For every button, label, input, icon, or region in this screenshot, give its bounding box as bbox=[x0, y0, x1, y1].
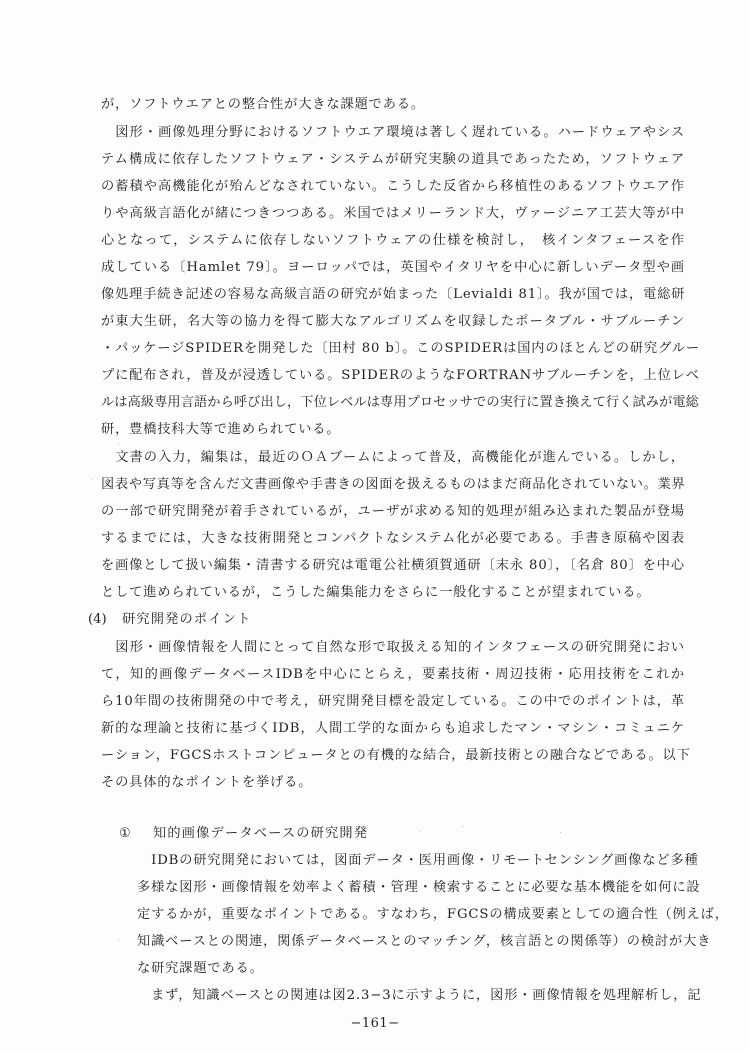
text-line: ら10年間の技術開発の中で考え，研究開発目標を設定している。この中でのポイントは… bbox=[101, 694, 685, 710]
document-page: が，ソフトウエアとの整合性が大きな課題である。 図形・画像処理分野におけるソフト… bbox=[0, 0, 750, 1054]
subsection-number: ① bbox=[119, 826, 153, 842]
text-line: 多様な図形・画像情報を効率よく蓄積・管理・検索することに必要な基本機能を如何に設 bbox=[137, 880, 685, 896]
text-line: 研，豊橋技科大等で進められている。 bbox=[101, 422, 341, 438]
text-line: 知識ベースとの関連，関係データベースとのマッチング，核言語との関係等）の検討が大… bbox=[137, 934, 685, 950]
text-line: テム構成に依存したソフトウェア・システムが研究実験の道具であったため，ソフトウェ… bbox=[101, 152, 685, 168]
text-line: ルは高級専用言語から呼び出し，下位レベルは専用プロセッサでの実行に置き換えて行く… bbox=[101, 395, 685, 411]
section-title: 研究開発のポイント bbox=[122, 612, 252, 627]
text-line: ーション，FGCSホストコンピュータとの有機的な結合，最新技術との融合などである… bbox=[101, 748, 685, 764]
section-heading: (4)研究開発のポイント bbox=[88, 612, 252, 628]
text-line: が，ソフトウエアとの整合性が大きな課題である。 bbox=[101, 97, 425, 113]
section-number: (4) bbox=[88, 612, 122, 628]
text-line: ・パッケージSPIDERを開発した〔田村 80 b〕。このSPIDERは国内のほ… bbox=[101, 341, 685, 357]
text-line: 定するかが，重要なポイントである。すなわち，FGCSの構成要素としての適合性（例… bbox=[137, 907, 685, 923]
scan-speck bbox=[462, 826, 463, 827]
text-line: りや高級言語化が緒につきつつある。米国ではメリーランド大，ヴァージニア工芸大等が… bbox=[101, 206, 685, 222]
text-line: の蓄積や高機能化が殆んどなされていない。こうした反省から移植性のあるソフトウエア… bbox=[101, 179, 685, 195]
scan-speck bbox=[118, 443, 119, 444]
text-line: 成している〔Hamlet 79〕。ヨーロッパでは，英国やイタリヤを中心に新しいデ… bbox=[101, 260, 685, 276]
page-number: −161− bbox=[0, 1016, 750, 1031]
subsection-heading: ①知的画像データベースの研究開発 bbox=[119, 826, 368, 842]
text-line: の一部で研究開発が着手されているが，ユーザが求める知的処理が組み込まれた製品が登… bbox=[101, 504, 685, 520]
text-line: 図形・画像情報を人間にとって自然な形で取扱える知的インタフェースの研究開発におい bbox=[101, 640, 685, 656]
text-line: として進められているが，こうした編集能力をさらに一般化することが望まれている。 bbox=[101, 585, 650, 601]
scan-speck bbox=[420, 830, 421, 831]
text-line: プに配布され，普及が浸透している。SPIDERのようなFORTRANサブルーチン… bbox=[101, 368, 685, 384]
text-line: 図表や写真等を含んだ文書画像や手書きの図面を扱えるものはまだ商品化されていない。… bbox=[101, 477, 685, 493]
scan-speck bbox=[560, 832, 561, 833]
text-line: 像処理手続き記述の容易な高級言語の研究が始まった〔Levialdi 81〕。我が… bbox=[101, 287, 685, 303]
subsection-title: 知的画像データベースの研究開発 bbox=[153, 826, 368, 841]
scan-speck bbox=[92, 478, 93, 479]
text-line: な研究課題である。 bbox=[137, 961, 264, 977]
text-line: 新的な理論と技術に基づくIDB，人間工学的な面からも追求したマン・マシン・コミュ… bbox=[101, 721, 685, 737]
text-line: て，知的画像データベースIDBを中心にとらえ，要素技術・周辺技術・応用技術をこれ… bbox=[101, 667, 685, 683]
text-line: 図形・画像処理分野におけるソフトウエア環境は著しく遅れている。ハードウェアやシス bbox=[101, 125, 685, 141]
text-line: 文書の入力，編集は，最近のＯＡブームによって普及，高機能化が進んでいる。しかし， bbox=[101, 450, 685, 466]
text-line: まず，知識ベースとの関連は図2.3−3に示すように，図形・画像情報を処理解析し，… bbox=[137, 988, 685, 1004]
text-line: が東大生研，名大等の協力を得て膨大なアルゴリズムを収録したポータブル・サブルーチ… bbox=[101, 314, 685, 330]
scan-speck bbox=[118, 731, 119, 732]
text-line: 心となって，システムに依存しないソフトウェアの仕様を検討し， 核インタフェースを… bbox=[101, 233, 685, 249]
text-line: を画像として扱い編集・清書する研究は電電公社横須賀通研〔末永 80〕，〔名倉 8… bbox=[101, 558, 685, 574]
scan-speck bbox=[118, 940, 119, 941]
text-line: その具体的なポイントを挙げる。 bbox=[101, 775, 312, 791]
text-line: IDBの研究開発においては，図面データ・医用画像・リモートセンシング画像など多種 bbox=[137, 853, 685, 869]
text-line: するまでには，大きな技術開発とコンパクトなシステム化が必要である。手書き原稿や図… bbox=[101, 531, 685, 547]
